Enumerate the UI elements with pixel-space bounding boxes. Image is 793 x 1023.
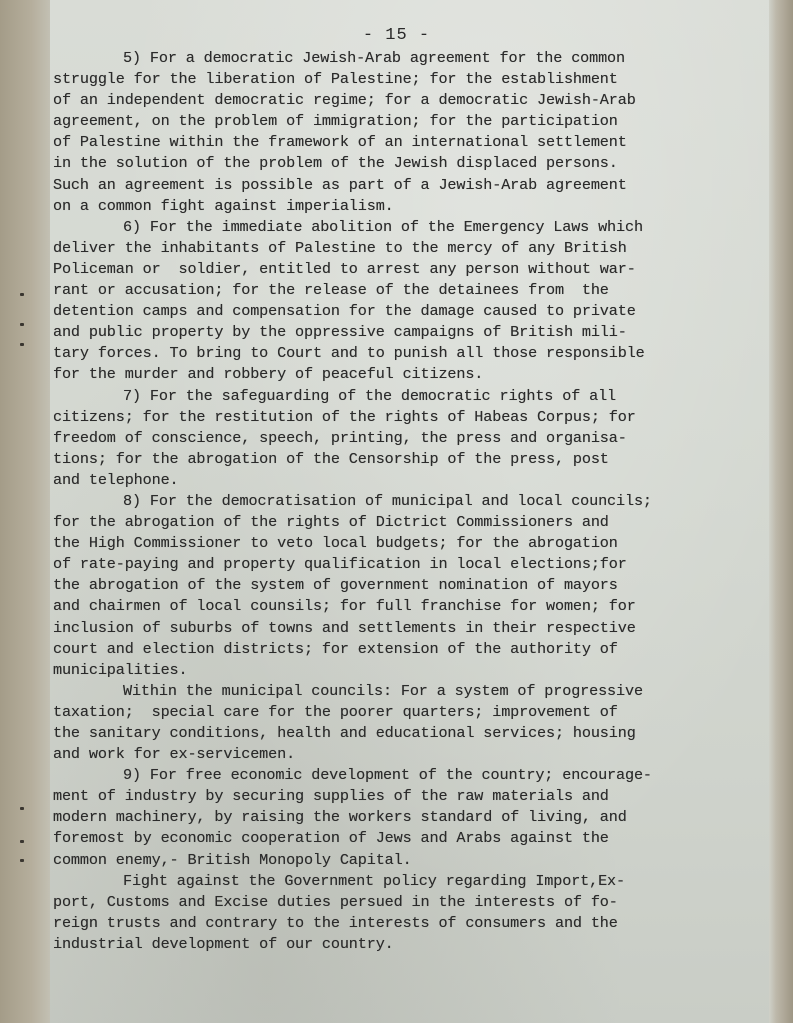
text-line: agreement, on the problem of immigration…: [53, 111, 753, 132]
text-line: for the murder and robbery of peaceful c…: [53, 364, 753, 385]
text-line: the abrogation of the system of governme…: [53, 575, 753, 596]
text-line: tions; for the abrogation of the Censors…: [53, 449, 753, 470]
text-line: Within the municipal councils: For a sys…: [53, 681, 753, 702]
text-line: and telephone.: [53, 470, 753, 491]
text-line: rant or accusation; for the release of t…: [53, 280, 753, 301]
text-line: industrial development of our country.: [53, 934, 753, 955]
paragraph-item-5: 5) For a democratic Jewish-Arab agreemen…: [53, 48, 753, 217]
margin-mark: [20, 840, 24, 843]
text-line: foremost by economic cooperation of Jews…: [53, 828, 753, 849]
text-line: 5) For a democratic Jewish-Arab agreemen…: [53, 48, 753, 69]
paragraph-item-6: 6) For the immediate abolition of the Em…: [53, 217, 753, 386]
paragraph-item-9-trade: Fight against the Government policy rega…: [53, 871, 753, 955]
text-line: citizens; for the restitution of the rig…: [53, 407, 753, 428]
document-body: 5) For a democratic Jewish-Arab agreemen…: [53, 48, 753, 955]
text-line: municipalities.: [53, 660, 753, 681]
text-line: the sanitary conditions, health and educ…: [53, 723, 753, 744]
scan-edge-left: [0, 0, 52, 1023]
text-line: 6) For the immediate abolition of the Em…: [53, 217, 753, 238]
text-line: Such an agreement is possible as part of…: [53, 175, 753, 196]
text-line: tary forces. To bring to Court and to pu…: [53, 343, 753, 364]
text-line: court and election districts; for extens…: [53, 639, 753, 660]
paragraph-item-7: 7) For the safeguarding of the democrati…: [53, 386, 753, 491]
paragraph-item-8-municipal: Within the municipal councils: For a sys…: [53, 681, 753, 765]
text-line: 9) For free economic development of the …: [53, 765, 753, 786]
text-line: ment of industry by securing supplies of…: [53, 786, 753, 807]
margin-mark: [20, 807, 24, 810]
margin-mark: [20, 343, 24, 346]
text-line: Fight against the Government policy rega…: [53, 871, 753, 892]
margin-mark: [20, 293, 24, 296]
text-line: detention camps and compensation for the…: [53, 301, 753, 322]
text-line: Policeman or soldier, entitled to arrest…: [53, 259, 753, 280]
text-line: freedom of conscience, speech, printing,…: [53, 428, 753, 449]
text-line: deliver the inhabitants of Palestine to …: [53, 238, 753, 259]
text-line: inclusion of suburbs of towns and settle…: [53, 618, 753, 639]
margin-mark: [20, 323, 24, 326]
paragraph-item-9: 9) For free economic development of the …: [53, 765, 753, 870]
text-line: struggle for the liberation of Palestine…: [53, 69, 753, 90]
text-line: reign trusts and contrary to the interes…: [53, 913, 753, 934]
text-line: and work for ex-servicemen.: [53, 744, 753, 765]
text-line: common enemy,- British Monopoly Capital.: [53, 850, 753, 871]
scan-edge-right: [769, 0, 793, 1023]
text-line: and chairmen of local counsils; for full…: [53, 596, 753, 617]
page-number: - 15 -: [0, 26, 793, 45]
text-line: 7) For the safeguarding of the democrati…: [53, 386, 753, 407]
text-line: port, Customs and Excise duties persued …: [53, 892, 753, 913]
text-line: 8) For the democratisation of municipal …: [53, 491, 753, 512]
margin-mark: [20, 859, 24, 862]
text-line: on a common fight against imperialism.: [53, 196, 753, 217]
paragraph-item-8: 8) For the democratisation of municipal …: [53, 491, 753, 681]
text-line: modern machinery, by raising the workers…: [53, 807, 753, 828]
text-line: and public property by the oppressive ca…: [53, 322, 753, 343]
text-line: taxation; special care for the poorer qu…: [53, 702, 753, 723]
text-line: of rate-paying and property qualificatio…: [53, 554, 753, 575]
text-line: for the abrogation of the rights of Dict…: [53, 512, 753, 533]
text-line: in the solution of the problem of the Je…: [53, 153, 753, 174]
text-line: of an independent democratic regime; for…: [53, 90, 753, 111]
text-line: of Palestine within the framework of an …: [53, 132, 753, 153]
text-line: the High Commissioner to veto local budg…: [53, 533, 753, 554]
